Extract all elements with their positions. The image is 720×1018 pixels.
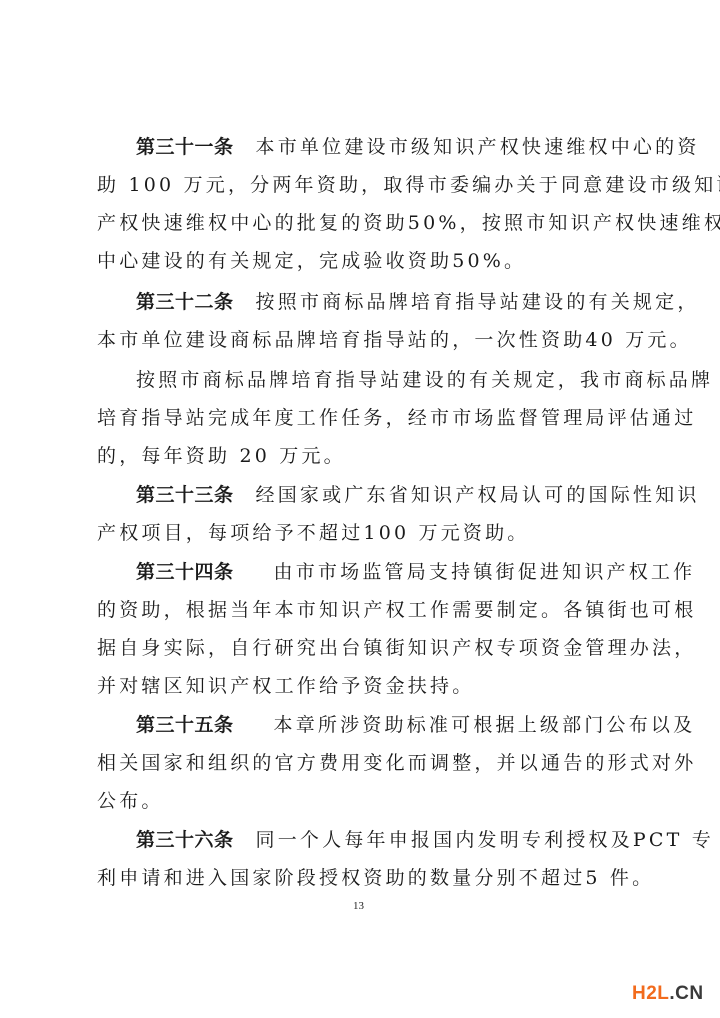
article-31-line-2: 助 100 万元，分两年资助，取得市委编办关于同意建设市级知识	[97, 173, 627, 197]
article-31-line-4: 中心建设的有关规定，完成验收资助50%。	[97, 249, 627, 273]
watermark-logo: H2L.CN	[632, 983, 704, 1005]
article-33-line-1: 第三十三条经国家或广东省知识产权局认可的国际性知识	[136, 483, 626, 507]
article-34-line-2: 的资助，根据当年本市知识产权工作需要制定。各镇街也可根	[97, 598, 627, 622]
article-32-line-2: 本市单位建设商标品牌培育指导站的，一次性资助40 万元。	[97, 328, 627, 352]
article-36-line-2: 利申请和进入国家阶段授权资助的数量分别不超过5 件。	[97, 866, 627, 890]
article-34-number: 第三十四条	[136, 561, 234, 583]
article-32-para2-line-3: 的，每年资助 20 万元。	[97, 444, 627, 468]
article-32-text: 按照市商标品牌培育指导站建设的有关规定，	[256, 291, 700, 313]
article-34-line-3: 据自身实际，自行研究出台镇街知识产权专项资金管理办法，	[97, 636, 627, 660]
article-33-text: 经国家或广东省知识产权局认可的国际性知识	[256, 484, 700, 506]
article-34-text: 由市市场监管局支持镇街促进知识产权工作	[274, 561, 696, 583]
article-34-line-1: 第三十四条由市市场监管局支持镇街促进知识产权工作	[136, 560, 626, 584]
watermark-cn: .CN	[669, 983, 703, 1004]
article-35-line-1: 第三十五条本章所涉资助标准可根据上级部门公布以及	[136, 713, 626, 737]
article-35-number: 第三十五条	[136, 714, 234, 736]
article-31-text: 本市单位建设市级知识产权快速维权中心的资	[256, 136, 700, 158]
article-34-line-4: 并对辖区知识产权工作给予资金扶持。	[97, 674, 627, 698]
article-33-line-2: 产权项目，每项给予不超过100 万元资助。	[97, 521, 627, 545]
article-35-line-3: 公布。	[97, 789, 627, 813]
article-36-line-1: 第三十六条同一个人每年申报国内发明专利授权及PCT 专	[136, 828, 626, 852]
document-page: 第三十一条本市单位建设市级知识产权快速维权中心的资 助 100 万元，分两年资助…	[0, 0, 720, 1018]
article-32-number: 第三十二条	[136, 291, 234, 313]
article-32-para2-line-1: 按照市商标品牌培育指导站建设的有关规定，我市商标品牌	[136, 368, 626, 392]
watermark-h2l: H2L	[632, 983, 669, 1004]
article-35-line-2: 相关国家和组织的官方费用变化而调整，并以通告的形式对外	[97, 751, 627, 775]
article-31-line-1: 第三十一条本市单位建设市级知识产权快速维权中心的资	[136, 135, 626, 159]
article-32-line-1: 第三十二条按照市商标品牌培育指导站建设的有关规定，	[136, 290, 626, 314]
article-35-text: 本章所涉资助标准可根据上级部门公布以及	[274, 714, 696, 736]
page-number: 13	[353, 900, 364, 912]
article-31-line-3: 产权快速维权中心的批复的资助50%，按照市知识产权快速维权	[97, 211, 627, 235]
article-36-text: 同一个人每年申报国内发明专利授权及PCT 专	[256, 829, 714, 851]
article-31-number: 第三十一条	[136, 136, 234, 158]
article-32-para2-line-2: 培育指导站完成年度工作任务，经市市场监督管理局评估通过	[97, 406, 627, 430]
article-33-number: 第三十三条	[136, 484, 234, 506]
article-36-number: 第三十六条	[136, 829, 234, 851]
